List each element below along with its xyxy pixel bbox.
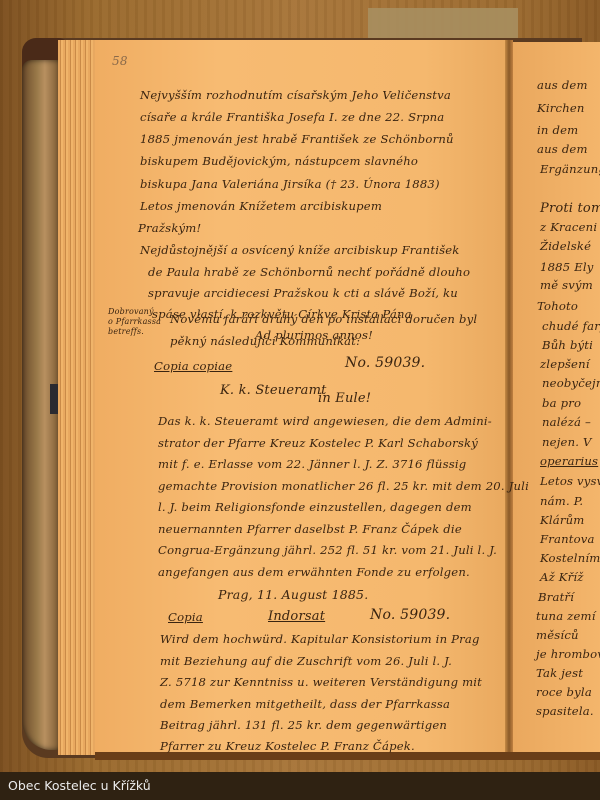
text-line: gemachte Provision monatlicher 26 fl. 25… bbox=[158, 481, 529, 493]
page-edges bbox=[58, 40, 98, 755]
text-line: de Paula hrabě ze Schönbornů nechť pořád… bbox=[148, 267, 470, 279]
text-line: in dem bbox=[537, 125, 578, 137]
text-line: biskupem Budějovickým, nástupcem slavnéh… bbox=[140, 156, 418, 168]
text-line: Bratří bbox=[538, 592, 574, 604]
margin-note: o Pfarrkassa bbox=[108, 318, 161, 326]
text-line: 1885 jmenován jest hrabě František ze Sc… bbox=[140, 134, 454, 146]
text-line: Congrua-Ergänzung jährl. 252 fl. 51 kr. … bbox=[158, 545, 497, 557]
text-line: mit Beziehung auf die Zuschrift vom 26. … bbox=[160, 656, 452, 668]
text-line: strator der Pfarre Kreuz Kostelec P. Kar… bbox=[158, 438, 478, 450]
text-line: aus dem bbox=[537, 80, 588, 92]
text-line: Beitrag jährl. 131 fl. 25 kr. dem gegenw… bbox=[160, 720, 447, 732]
addressee: K. k. Steueramt bbox=[220, 384, 327, 397]
text-line: operarius bbox=[540, 456, 598, 468]
text-line: Kirchen bbox=[537, 103, 585, 115]
text-line: Pražským! bbox=[138, 223, 201, 235]
text-line: Tohoto bbox=[537, 301, 578, 313]
text-line: zlepšení bbox=[540, 359, 590, 371]
text-line: Proti tomu bbox=[540, 202, 600, 215]
text-line: Frantova bbox=[540, 534, 595, 546]
text-line: Wird dem hochwürd. Kapitular Konsistoriu… bbox=[160, 634, 480, 646]
copy-label: Copia bbox=[168, 612, 203, 624]
text-line: Z. 5718 zur Kenntniss u. weiteren Verstä… bbox=[160, 677, 482, 689]
text-line: Das k. k. Steueramt wird angewiesen, die… bbox=[158, 416, 492, 428]
text-line: Klárům bbox=[540, 515, 584, 527]
text-line: l. J. beim Religionsfonde einzustellen, … bbox=[158, 502, 472, 514]
text-line: spravuje arcidiecesi Pražskou k cti a sl… bbox=[148, 288, 458, 300]
text-line: mit f. e. Erlasse vom 22. Jänner l. J. Z… bbox=[158, 459, 466, 471]
text-line: nám. P. bbox=[540, 496, 583, 508]
text-line: chudé fary bbox=[542, 321, 600, 333]
text-line: Pfarrer zu Kreuz Kostelec P. Franz Čápek… bbox=[160, 741, 415, 753]
text-line: pěkný následující Kommunikát: bbox=[170, 336, 360, 348]
text-line: neobyčejně bbox=[542, 378, 600, 390]
date-line: Prag, 11. August 1885. bbox=[218, 589, 368, 602]
text-line: 1885 Ely bbox=[540, 262, 594, 274]
text-line: Bůh býti bbox=[542, 340, 593, 352]
margin-note: Dobrovaný bbox=[108, 308, 154, 316]
book-gutter bbox=[505, 40, 513, 755]
copy-label: Copia copiae bbox=[154, 361, 232, 373]
text-line: Kostelním bbox=[540, 553, 600, 565]
text-line: Novému faráři druhý den po installaci do… bbox=[170, 314, 477, 326]
text-line: roce byla bbox=[536, 687, 592, 699]
text-line: je hrombový bbox=[536, 649, 600, 661]
text-line: císaře a krále Františka Josefa I. ze dn… bbox=[140, 112, 444, 124]
caption-bar: Obec Kostelec u Křížků bbox=[0, 772, 600, 800]
text-line: měsíců bbox=[536, 630, 579, 642]
text-line: Židelské bbox=[540, 241, 591, 253]
image-viewer: 58 Nejvyšším rozhodnutím císařským Jeho … bbox=[0, 0, 600, 772]
text-line: angefangen aus dem erwähnten Fonde zu er… bbox=[158, 567, 470, 579]
image-caption: Obec Kostelec u Křížků bbox=[8, 778, 151, 793]
page-bottom-edge bbox=[95, 752, 600, 760]
indorsat-title: Indorsat bbox=[268, 610, 325, 623]
text-line: tuna zemí bbox=[536, 611, 596, 623]
text-line: Letos vysvěcen bbox=[540, 476, 600, 488]
text-line: Letos jmenován Knížetem arcibiskupem bbox=[140, 201, 382, 213]
text-line: ba pro bbox=[542, 398, 581, 410]
text-line: Nejdůstojnější a osvícený kníže arcibisk… bbox=[140, 245, 460, 257]
text-line: spasitela. bbox=[536, 706, 594, 718]
text-line: biskupa Jana Valeriána Jirsíka († 23. Ún… bbox=[140, 179, 440, 191]
text-line: mě svým bbox=[540, 280, 593, 292]
page-number: 58 bbox=[112, 55, 128, 67]
text-line: nejen. V bbox=[542, 437, 592, 449]
document-number: No. 59039. bbox=[345, 356, 425, 370]
text-line: neuernannten Pfarrer daselbst P. Franz Č… bbox=[158, 524, 462, 536]
text-line: aus dem bbox=[537, 144, 588, 156]
text-line: Až Kříž bbox=[540, 572, 584, 584]
margin-note: betreffs. bbox=[108, 328, 144, 336]
text-line: nalézá – bbox=[542, 417, 591, 429]
text-line: Nejvyšším rozhodnutím císařským Jeho Vel… bbox=[140, 90, 451, 102]
addressee-location: in Eule! bbox=[318, 392, 371, 405]
document-number: No. 59039. bbox=[370, 608, 450, 622]
text-line: dem Bemerken mitgetheilt, dass der Pfarr… bbox=[160, 699, 450, 711]
text-line: z Kraceni bbox=[540, 222, 597, 234]
text-line: Tak jest bbox=[536, 668, 583, 680]
text-line: Ergänzung bbox=[540, 164, 600, 176]
